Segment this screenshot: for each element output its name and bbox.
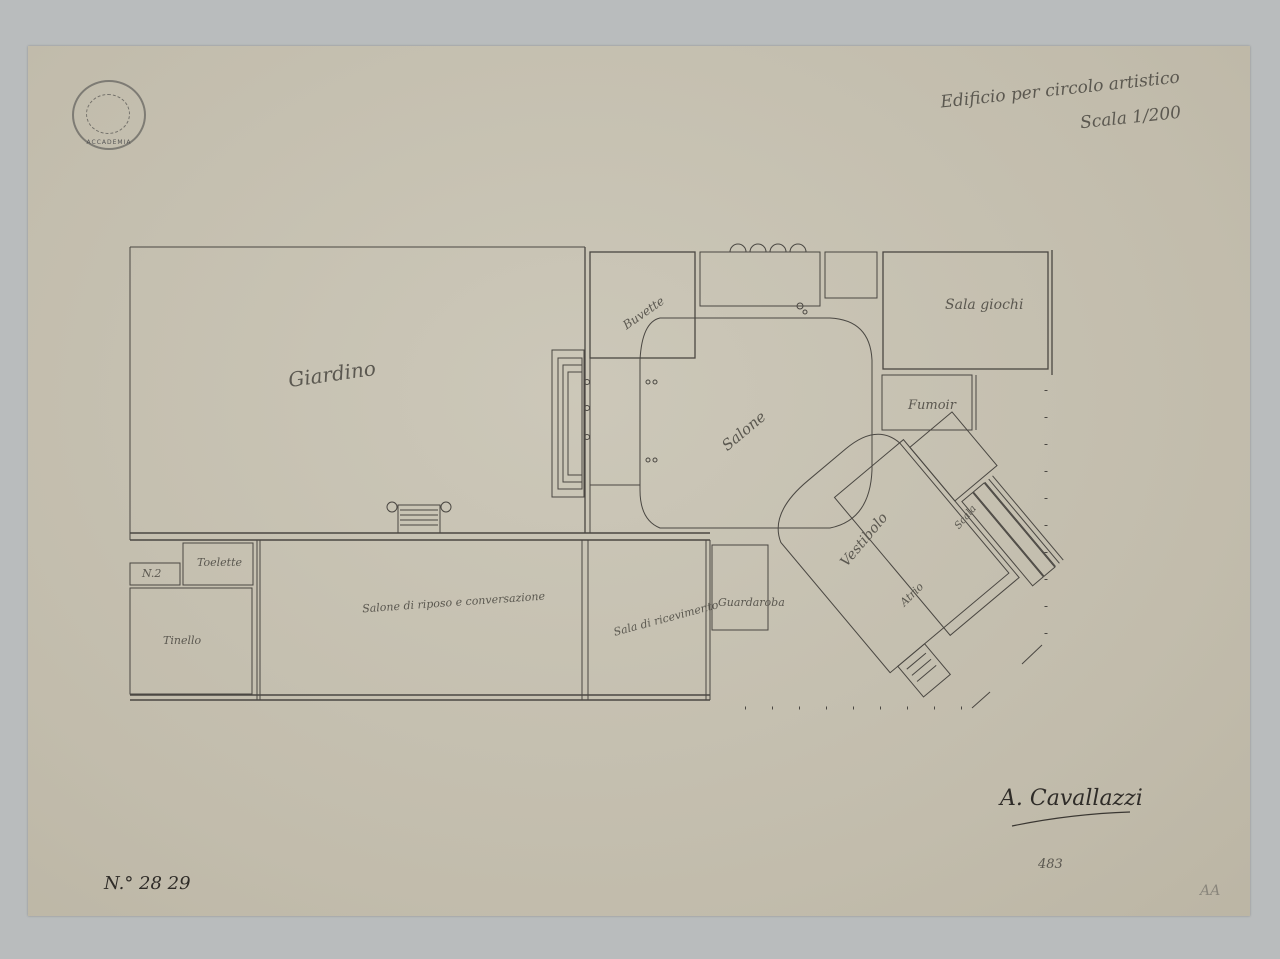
terrace-steps [552,350,584,497]
room-label-fumoir: Fumoir [908,398,956,413]
perimeter-fence [745,390,1046,708]
fence-diagonals [972,645,1042,708]
salone-walls [590,318,872,533]
garden-steps [387,502,451,533]
sala-ricevimento-walls [706,540,768,700]
catalog-number: N.° 28 29 [104,873,191,894]
room-label-wc: N.2 [142,567,161,580]
room-label-toelette: Toelette [197,556,242,569]
columns [585,303,808,462]
room-label-tinello: Tinello [163,634,201,647]
room-label-sala-giochi: Sala giochi [945,297,1023,313]
signature-underline [1010,810,1135,830]
room-label-guardaroba: Guardaroba [718,596,785,609]
garden-outline [130,247,585,540]
salone-riposo-walls [582,540,588,700]
architect-signature: A. Cavallazzi [1000,786,1143,811]
inventory-number: 483 [1038,857,1063,872]
gallery-walls [700,244,877,306]
corner-mark: AA [1200,883,1220,899]
